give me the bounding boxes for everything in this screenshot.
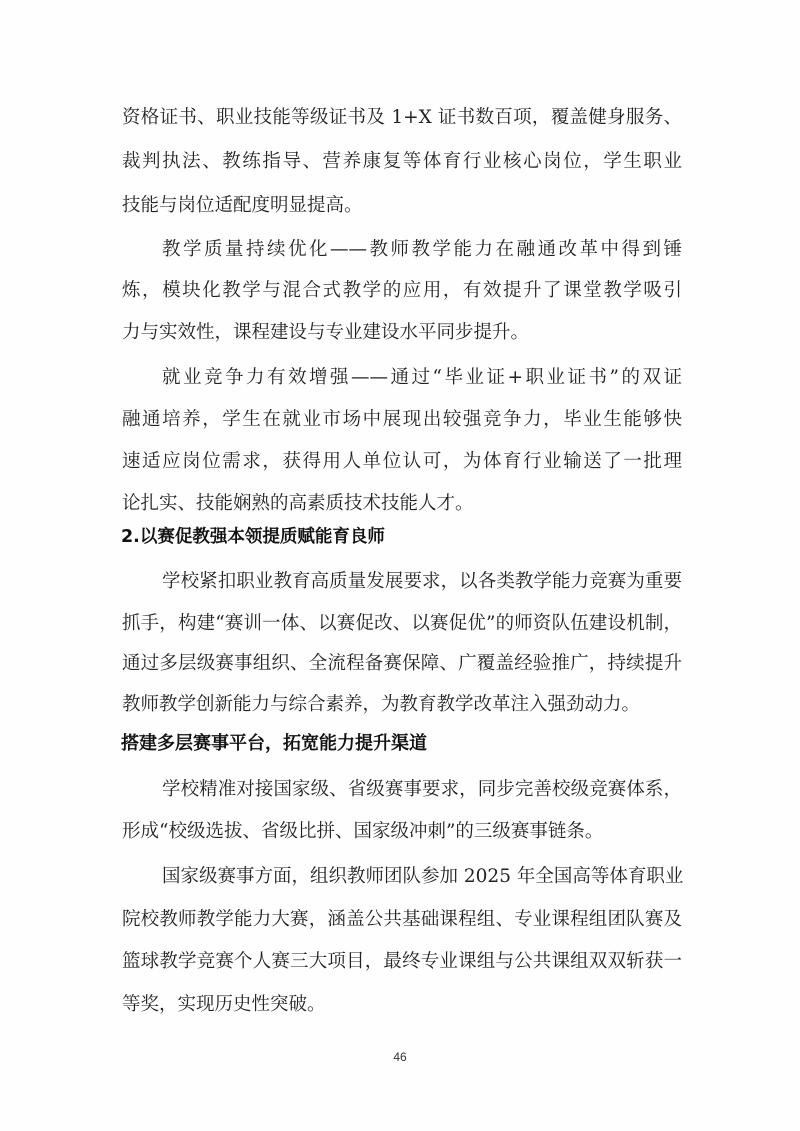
paragraph-line: 教师教学创新能力与综合素养，为教育教学改革注入强劲动力。	[122, 691, 682, 719]
paragraph-line: 教学质量持续优化——教师教学能力在融通改革中得到锤	[162, 236, 682, 264]
paragraph-line: 技能与岗位适配度明显提高。	[122, 192, 682, 220]
paragraph-line: 院校教师教学能力大赛，涵盖公共基础课程组、专业课程组团队赛及	[122, 906, 682, 934]
paragraph-line: 裁判执法、教练指导、营养康复等体育行业核心岗位，学生职业	[122, 148, 682, 176]
paragraph-line: 学校精准对接国家级、省级赛事要求，同步完善校级竞赛体系，	[162, 776, 682, 804]
paragraph-line: 等奖，实现历史性突破。	[122, 991, 682, 1019]
paragraph-line: 力与实效性，课程建设与专业建设水平同步提升。	[122, 319, 682, 347]
section-heading: 2.以赛促教强本领提质赋能育良师	[121, 523, 385, 551]
paragraph-line: 学校紧扣职业教育高质量发展要求，以各类教学能力竞赛为重要	[162, 568, 682, 596]
paragraph-line: 形成“校级选拔、省级比拼、国家级冲刺”的三级赛事链条。	[122, 818, 682, 846]
subheading: 搭建多层赛事平台，拓宽能力提升渠道	[121, 730, 427, 758]
paragraph-line: 论扎实、技能娴熟的高素质技术技能人才。	[122, 490, 682, 518]
document-page: 资格证书、职业技能等级证书及 1+X 证书数百项，覆盖健身服务、 裁判执法、教练…	[0, 0, 800, 1131]
page-number: 46	[0, 1050, 800, 1064]
paragraph-line: 通过多层级赛事组织、全流程备赛保障、广覆盖经验推广，持续提升	[122, 650, 682, 678]
paragraph-line: 融通培养，学生在就业市场中展现出较强竞争力，毕业生能够快	[122, 406, 682, 434]
paragraph-line: 篮球教学竞赛个人赛三大项目，最终专业课组与公共课组双双斩获一	[122, 948, 682, 976]
paragraph-line: 速适应岗位需求，获得用人单位认可，为体育行业输送了一批理	[122, 448, 682, 476]
paragraph-line: 炼，模块化教学与混合式教学的应用，有效提升了课堂教学吸引	[122, 277, 682, 305]
paragraph-line: 抓手，构建“赛训一体、以赛促改、以赛促优”的师资队伍建设机制，	[122, 610, 682, 638]
paragraph-line: 就业竞争力有效增强——通过“毕业证+职业证书”的双证	[162, 364, 682, 392]
paragraph-line: 资格证书、职业技能等级证书及 1+X 证书数百项，覆盖健身服务、	[122, 104, 682, 132]
paragraph-line: 国家级赛事方面，组织教师团队参加 2025 年全国高等体育职业	[162, 863, 682, 891]
